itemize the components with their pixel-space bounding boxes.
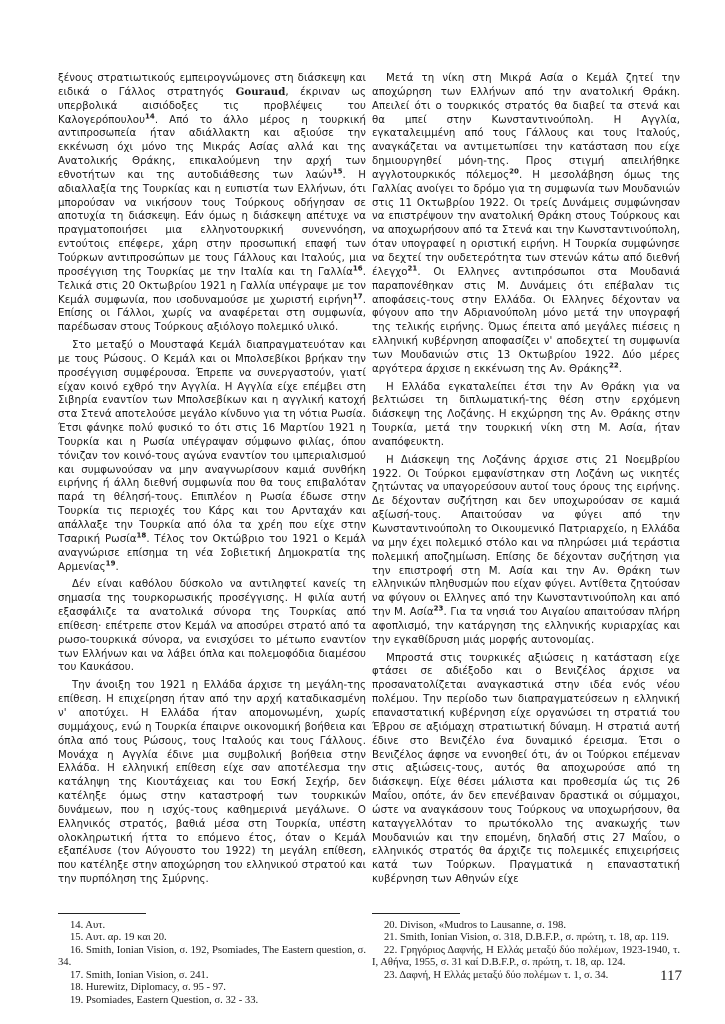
footnote-separator [58, 913, 146, 914]
page-number: 117 [660, 968, 682, 985]
footnote: 15. Αυτ. αρ. 19 και 20. [58, 932, 366, 945]
paragraph: Δέν είναι καθόλου δύσκολο να αντιληφτεί … [58, 578, 366, 675]
paragraph: Μετά τη νίκη στη Μικρά Ασία ο Κεμάλ ζητε… [372, 72, 680, 377]
footnote: 14. Αυτ. [58, 920, 366, 933]
footnote: 16. Smith, Ionian Vision, σ. 192, Psomia… [58, 945, 366, 970]
footnote: 22. Γρηγόριος Δαφνής, Η Ελλάς μεταξύ δύο… [372, 945, 680, 970]
footnote-ref[interactable]: 14 [145, 112, 155, 120]
proper-name: Gouraud [236, 86, 286, 98]
text-run: . Η μεσολάβηση όμως της Γαλλίας ανοίγει … [372, 170, 680, 278]
paragraph: Η Ελλάδα εγκαταλείπει έτσι την Αν Θράκη … [372, 381, 680, 450]
text-run: . [619, 364, 622, 375]
footnote-separator [372, 913, 460, 914]
paragraph: ξένους στρατιωτικούς εμπειρογνώμονες στη… [58, 72, 366, 335]
text-run: . Οι Ελληνες αντιπρόσωποι στα Μουδανιά π… [372, 267, 680, 375]
paragraph: Η Διάσκεψη της Λοζάνης άρχισε στις 21 Νο… [372, 454, 680, 648]
text-run: Η Διάσκεψη της Λοζάνης άρχισε στις 21 Νο… [372, 455, 680, 618]
footnote: 21. Smith, Ionian Vision, σ. 318, D.B.F.… [372, 932, 680, 945]
footnote-ref[interactable]: 16 [353, 264, 363, 272]
footnote-ref[interactable]: 20 [509, 168, 519, 176]
text-run: Μετά τη νίκη στη Μικρά Ασία ο Κεμάλ ζητε… [372, 73, 680, 181]
right-body-text: Μετά τη νίκη στη Μικρά Ασία ο Κεμάλ ζητε… [372, 72, 680, 887]
footnote-ref[interactable]: 23 [434, 605, 444, 613]
left-column: ξένους στρατιωτικούς εμπειρογνώμονες στη… [58, 72, 366, 1007]
footnote-ref[interactable]: 22 [609, 361, 619, 369]
text-run: Στο μεταξύ ο Μουσταφά Κεμάλ διαπραγματευ… [58, 340, 366, 545]
paragraph: Μπροστά στις τουρκικές αξιώσεις η κατάστ… [372, 652, 680, 887]
footnote-ref[interactable]: 17 [353, 292, 363, 300]
left-body-text: ξένους στρατιωτικούς εμπειρογνώμονες στη… [58, 72, 366, 887]
footnote-ref[interactable]: 19 [106, 559, 116, 567]
footnote: 23. Δαφνή, Η Ελλάς μεταξύ δύο πολέμων τ.… [372, 970, 680, 983]
footnote: 19. Psomiades, Eastern Question, σ. 32 -… [58, 995, 366, 1008]
footnote: 17. Smith, Ionian Vision, σ. 241. [58, 970, 366, 983]
paragraph: Την άνοιξη του 1921 η Ελλάδα άρχισε τη μ… [58, 679, 366, 887]
footnote-ref[interactable]: 18 [136, 531, 146, 539]
text-run: . [116, 562, 119, 573]
right-column: Μετά τη νίκη στη Μικρά Ασία ο Κεμάλ ζητε… [372, 72, 680, 982]
text-run: . Η αδιαλλαξία της Τουρκίας και η ευπιστ… [58, 170, 366, 278]
left-footnotes: 14. Αυτ. 15. Αυτ. αρ. 19 και 20. 16. Smi… [58, 920, 366, 1008]
footnote-ref[interactable]: 15 [333, 168, 343, 176]
footnote: 18. Hurewitz, Diplomacy, σ. 95 - 97. [58, 982, 366, 995]
footnote-ref[interactable]: 21 [408, 264, 418, 272]
paragraph: Στο μεταξύ ο Μουσταφά Κεμάλ διαπραγματευ… [58, 339, 366, 574]
right-footnotes: 20. Divison, «Mudros to Lausanne, σ. 198… [372, 920, 680, 983]
footnote: 20. Divison, «Mudros to Lausanne, σ. 198… [372, 920, 680, 933]
